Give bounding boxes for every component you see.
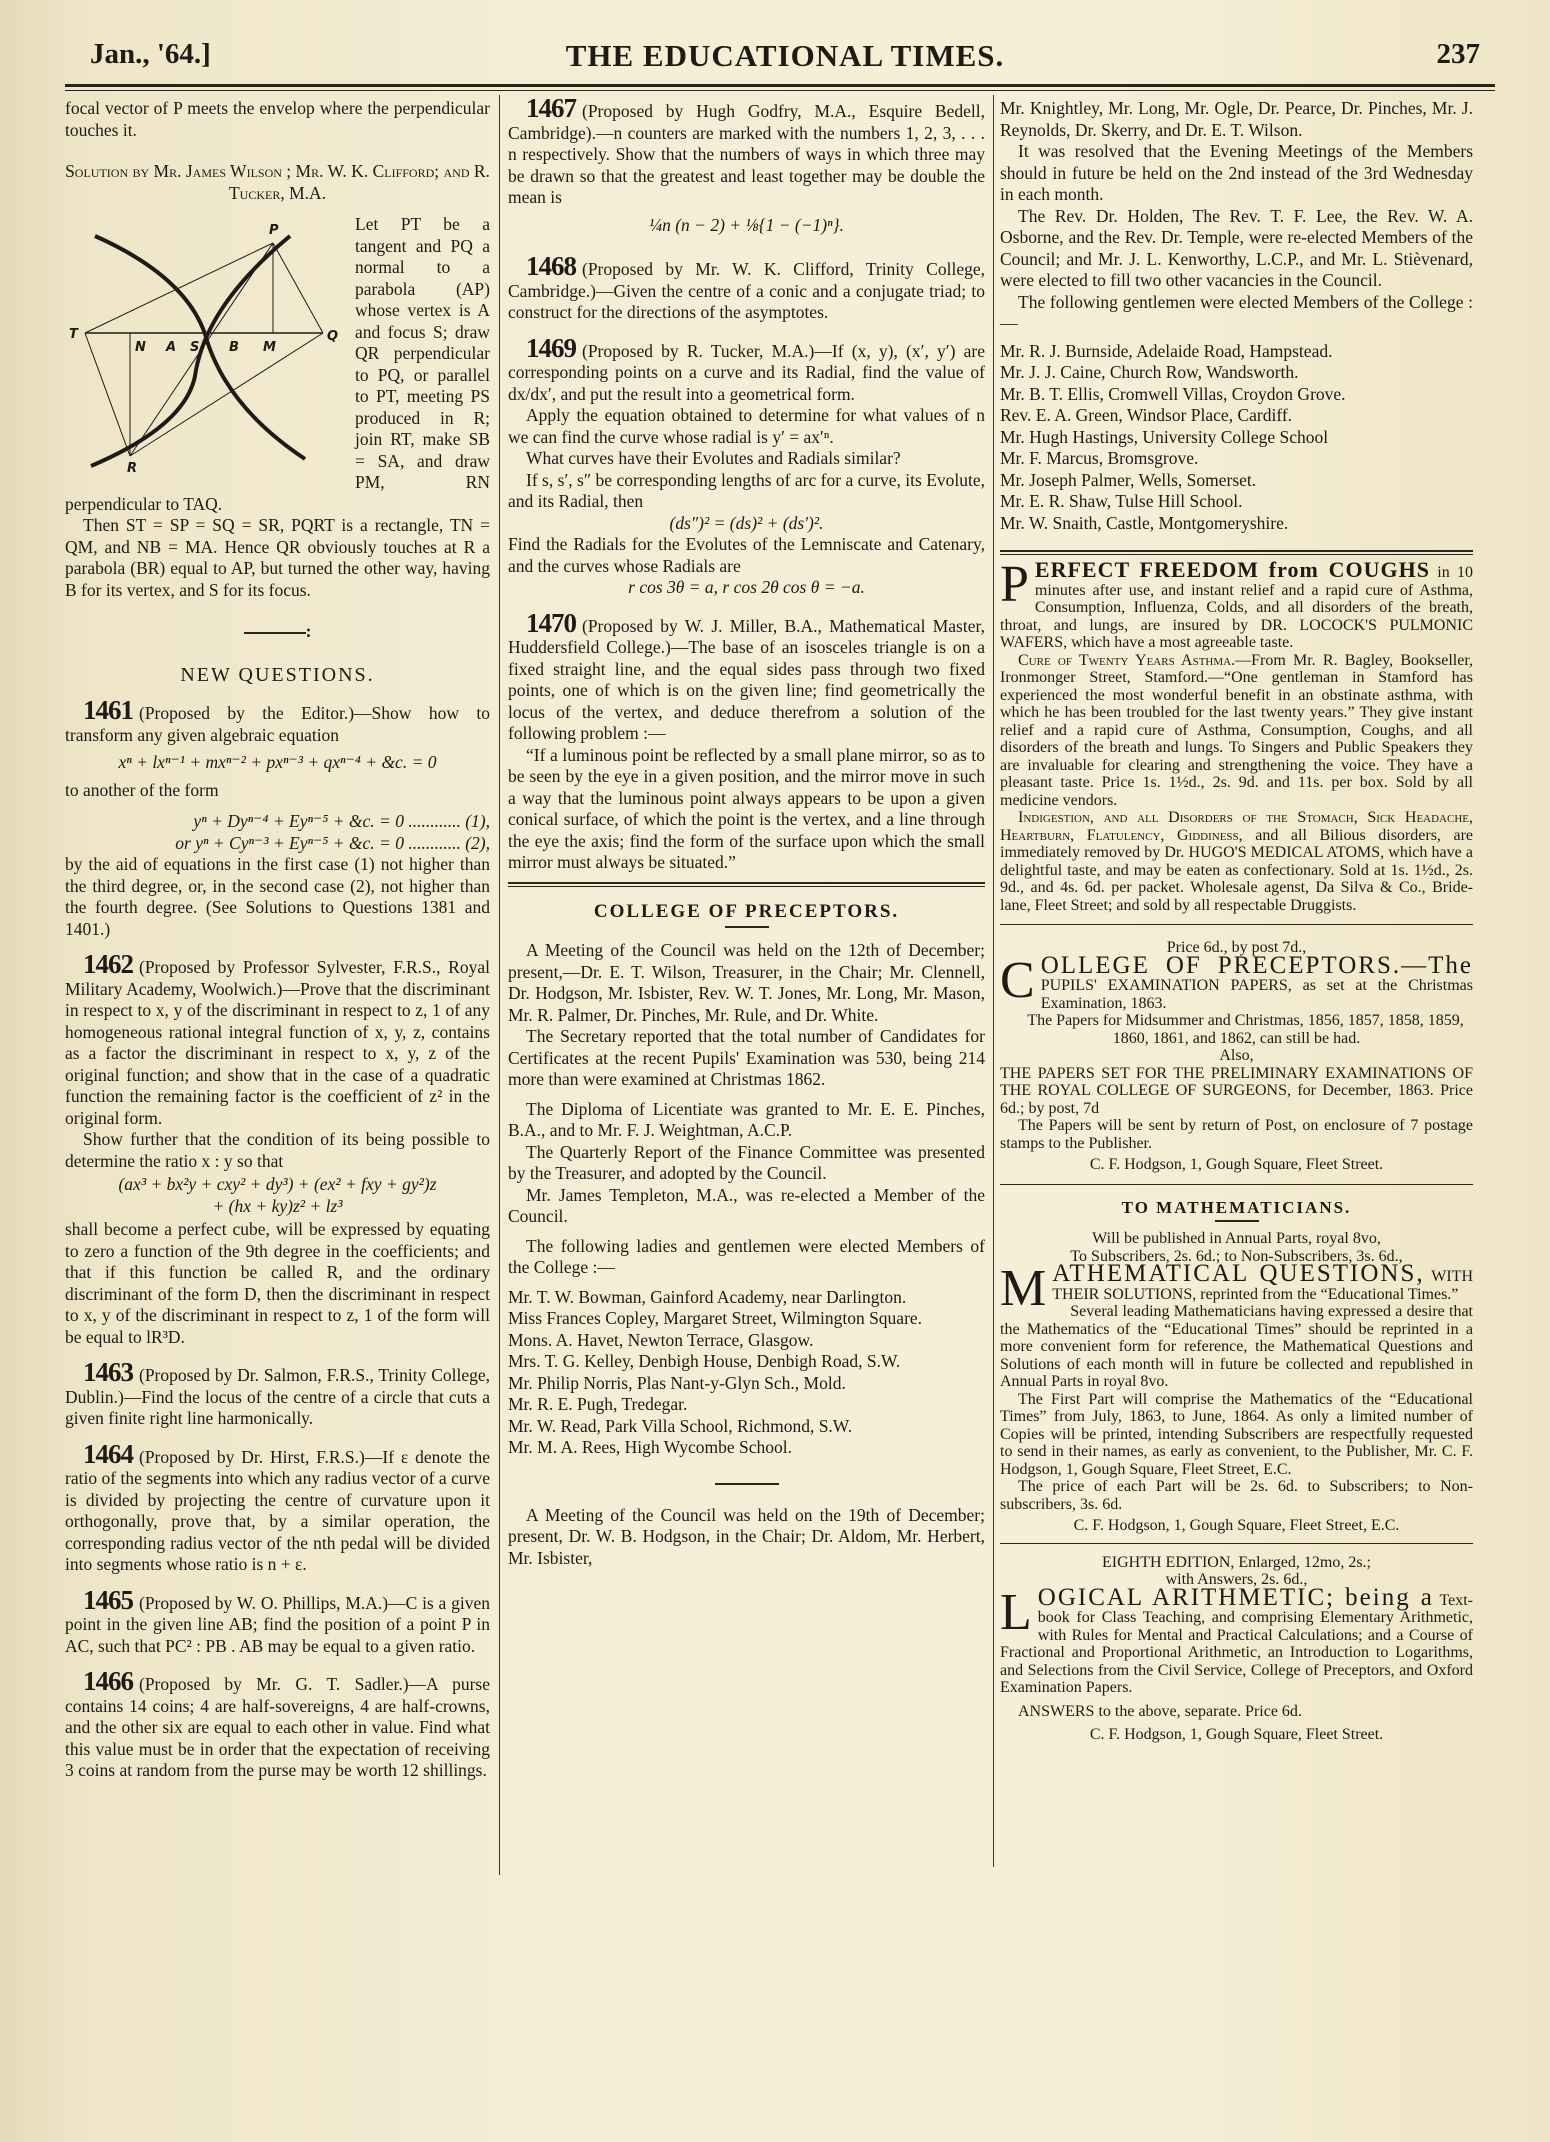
paragraph: The Rev. Dr. Holden, The Rev. T. F. Lee,… xyxy=(1000,206,1473,292)
list-item: Rev. E. A. Green, Windsor Place, Cardiff… xyxy=(1000,405,1473,427)
svg-text:P: P xyxy=(269,223,279,238)
paragraph: The Secretary reported that the total nu… xyxy=(508,1026,985,1091)
equation: or yⁿ + Cyⁿ⁻³ + Eyⁿ⁻⁵ + &c. = 0 ........… xyxy=(65,833,490,855)
paragraph: What curves have their Evolutes and Radi… xyxy=(508,448,985,470)
advert-mathematical-questions: TO MATHEMATICIANS. Will be published in … xyxy=(1000,1199,1473,1535)
paragraph: It was resolved that the Evening Meeting… xyxy=(1000,141,1473,206)
page-number: 237 xyxy=(1437,38,1481,71)
svg-text:N: N xyxy=(135,340,146,355)
svg-text:T: T xyxy=(69,327,79,342)
column-3: Mr. Knightley, Mr. Long, Mr. Ogle, Dr. P… xyxy=(1000,98,1473,1744)
question-1463: 1463(Proposed by Dr. Salmon, F.R.S., Tri… xyxy=(65,1362,490,1430)
paragraph: Find the Radials for the Evolutes of the… xyxy=(508,534,985,577)
list-item: Mr. Philip Norris, Plas Nant-y-Glyn Sch.… xyxy=(508,1373,985,1395)
header-rule xyxy=(65,84,1495,87)
question-1465: 1465(Proposed by W. O. Phillips, M.A.)—C… xyxy=(65,1590,490,1658)
paragraph: focal vector of P meets the envelop wher… xyxy=(65,98,490,141)
parabola-diagram: PT NA SB MQ R xyxy=(65,216,345,476)
publication-title: THE EDUCATIONAL TIMES. xyxy=(90,38,1480,74)
equation: yⁿ + Dyⁿ⁻⁴ + Eyⁿ⁻⁵ + &c. = 0 ...........… xyxy=(65,811,490,833)
list-item: Mr. R. E. Pugh, Tredegar. xyxy=(508,1394,985,1416)
paragraph: The Diploma of Licentiate was granted to… xyxy=(508,1099,985,1142)
column-separator xyxy=(499,95,500,1875)
paragraph: If s, s′, s″ be corresponding lengths of… xyxy=(508,470,985,513)
svg-text:R: R xyxy=(127,461,137,476)
paragraph: Apply the equation obtained to determine… xyxy=(508,405,985,448)
question-1461: 1461(Proposed by the Editor.)—Show how t… xyxy=(65,700,490,746)
solution-heading: Solution by Mr. James Wilson ; Mr. W. K.… xyxy=(65,161,490,204)
section-rule xyxy=(508,882,985,884)
list-item: Mr. T. W. Bowman, Gainford Academy, near… xyxy=(508,1287,985,1309)
column-1: focal vector of P meets the envelop wher… xyxy=(65,98,490,1782)
equation: xⁿ + lxⁿ⁻¹ + mxⁿ⁻² + pxⁿ⁻³ + qxⁿ⁻⁴ + &c.… xyxy=(65,752,490,774)
question-1467: 1467(Proposed by Hugh Godfry, M.A., Esqu… xyxy=(508,98,985,209)
list-item: Mr. W. Snaith, Castle, Montgomeryshire. xyxy=(1000,513,1473,535)
advert-college-papers: Price 6d., by post 7d., COLLEGE OF PRECE… xyxy=(1000,939,1473,1174)
advert-coughs: PERFECT FREEDOM from COUGHS in 10 minute… xyxy=(1000,561,1473,914)
svg-text:S: S xyxy=(190,340,199,355)
paragraph: to another of the form xyxy=(65,780,490,802)
new-questions-heading: NEW QUESTIONS. xyxy=(65,665,490,687)
paragraph: by the aid of equations in the first cas… xyxy=(65,854,490,940)
svg-text:B: B xyxy=(229,340,239,355)
svg-text:A: A xyxy=(165,340,176,355)
svg-text:Q: Q xyxy=(327,329,338,344)
paragraph: A Meeting of the Council was held on the… xyxy=(508,940,985,1026)
equation: + (hx + ky)z² + lz³ xyxy=(65,1196,490,1218)
question-1468: 1468(Proposed by Mr. W. K. Clifford, Tri… xyxy=(508,256,985,324)
paragraph: Show further that the condition of its b… xyxy=(65,1129,490,1172)
list-item: Mr. F. Marcus, Bromsgrove. xyxy=(1000,448,1473,470)
list-item: Mr. W. Read, Park Villa School, Richmond… xyxy=(508,1416,985,1438)
paragraph: Mr. Knightley, Mr. Long, Mr. Ogle, Dr. P… xyxy=(1000,98,1473,141)
svg-text:M: M xyxy=(263,340,276,355)
question-1469: 1469(Proposed by R. Tucker, M.A.)—If (x,… xyxy=(508,338,985,406)
list-item: Mr. E. R. Shaw, Tulse Hill School. xyxy=(1000,491,1473,513)
page-header: Jan., '64.] THE EDUCATIONAL TIMES. 237 xyxy=(90,38,1480,78)
equation: (ds″)² = (ds)² + (ds′)². xyxy=(508,513,985,535)
members-list: Mr. T. W. Bowman, Gainford Academy, near… xyxy=(508,1287,985,1459)
equation: (ax³ + bx²y + cxy² + dy³) + (ex² + fxy +… xyxy=(65,1174,490,1196)
column-2: 1467(Proposed by Hugh Godfry, M.A., Esqu… xyxy=(508,98,985,1569)
equation: r cos 3θ = a, r cos 2θ cos θ = −a. xyxy=(508,577,985,599)
quotation: “If a luminous point be reflected by a s… xyxy=(508,745,985,874)
column-separator xyxy=(993,95,994,1867)
newspaper-page: Jan., '64.] THE EDUCATIONAL TIMES. 237 f… xyxy=(0,0,1550,2142)
paragraph: The following gentlemen were elected Mem… xyxy=(1000,292,1473,335)
list-item: Mr. Hugh Hastings, University College Sc… xyxy=(1000,427,1473,449)
list-item: Mr. B. T. Ellis, Cromwell Villas, Croydo… xyxy=(1000,384,1473,406)
list-item: Mr. R. J. Burnside, Adelaide Road, Hamps… xyxy=(1000,341,1473,363)
paragraph: A Meeting of the Council was held on the… xyxy=(508,1505,985,1570)
college-heading: COLLEGE OF PRECEPTORS. xyxy=(508,901,985,923)
question-1462: 1462(Proposed by Professor Sylvester, F.… xyxy=(65,954,490,1129)
question-1470: 1470(Proposed by W. J. Miller, B.A., Mat… xyxy=(508,613,985,745)
advert-logical-arithmetic: EIGHTH EDITION, Enlarged, 12mo, 2s.; wit… xyxy=(1000,1554,1473,1744)
list-item: Mr. J. J. Caine, Church Row, Wandsworth. xyxy=(1000,362,1473,384)
header-rule-thin xyxy=(65,90,1495,91)
members-list: Mr. R. J. Burnside, Adelaide Road, Hamps… xyxy=(1000,341,1473,535)
paragraph: The Quarterly Report of the Finance Comm… xyxy=(508,1142,985,1185)
section-divider: : xyxy=(65,621,490,643)
list-item: Mr. M. A. Rees, High Wycombe School. xyxy=(508,1437,985,1459)
question-1466: 1466(Proposed by Mr. G. T. Sadler.)—A pu… xyxy=(65,1671,490,1782)
paragraph: Mr. James Templeton, M.A., was re-electe… xyxy=(508,1185,985,1228)
equation: ¼n (n − 2) + ⅛{1 − (−1)ⁿ}. xyxy=(508,215,985,237)
solution-paragraph: Then ST = SP = SQ = SR, PQRT is a rectan… xyxy=(65,515,490,601)
list-item: Miss Frances Copley, Margaret Street, Wi… xyxy=(508,1308,985,1330)
list-item: Mrs. T. G. Kelley, Denbigh House, Denbig… xyxy=(508,1351,985,1373)
paragraph: shall become a perfect cube, will be exp… xyxy=(65,1219,490,1348)
list-item: Mr. Joseph Palmer, Wells, Somerset. xyxy=(1000,470,1473,492)
paragraph: The following ladies and gentlemen were … xyxy=(508,1236,985,1279)
question-1464: 1464(Proposed by Dr. Hirst, F.R.S.)—If ε… xyxy=(65,1444,490,1576)
list-item: Mons. A. Havet, Newton Terrace, Glasgow. xyxy=(508,1330,985,1352)
